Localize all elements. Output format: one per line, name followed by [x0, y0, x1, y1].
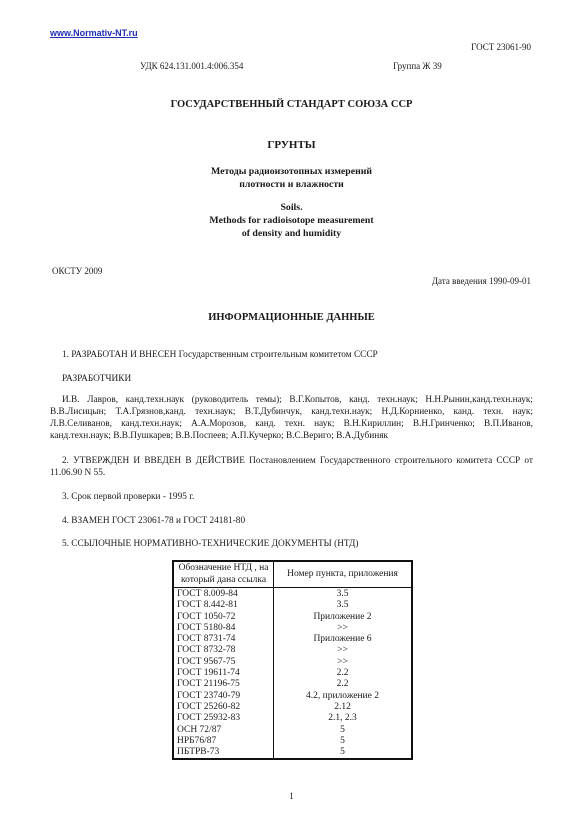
column-header-designation: Обозначение НТД , на который дана ссылка — [173, 561, 274, 588]
info-item-1: 1. РАЗРАБОТАН И ВНЕСЕН Государственным с… — [62, 349, 545, 361]
developers-label: РАЗРАБОТЧИКИ — [62, 373, 545, 385]
site-link[interactable]: www.Normativ-NT.ru — [50, 28, 138, 38]
ntd-designation-cell: ГОСТ 5180-84 — [173, 623, 274, 634]
ntd-reference-table: Обозначение НТД , на который дана ссылка… — [172, 560, 413, 760]
clause-number-cell: >> — [274, 657, 413, 668]
table-row: НРБ76/875 — [173, 736, 412, 747]
column-header-clause: Номер пункта, приложения — [274, 561, 413, 588]
table-row: ГОСТ 9567-75>> — [173, 657, 412, 668]
table-row: ГОСТ 21196-752.2 — [173, 679, 412, 690]
clause-number-cell: 5 — [274, 736, 413, 747]
subtitle-ru-line: плотности и влажности — [0, 178, 583, 191]
developers-list: И.В. Лавров, канд.техн.наук (руководител… — [50, 394, 533, 442]
table-row: ГОСТ 8.009-843.5 — [173, 588, 412, 601]
subtitle-english: Soils. Methods for radioisotope measurem… — [0, 201, 583, 240]
info-item-3: 3. Срок первой проверки - 1995 г. — [62, 491, 545, 503]
gost-number: ГОСТ 23061-90 — [471, 42, 531, 52]
clause-number-cell: 3.5 — [274, 600, 413, 611]
okstu-code: ОКСТУ 2009 — [52, 266, 102, 276]
table-row: ГОСТ 23740-794.2, приложение 2 — [173, 691, 412, 702]
table-row: ОСН 72/875 — [173, 725, 412, 736]
ntd-designation-cell: ГОСТ 8731-74 — [173, 634, 274, 645]
ntd-designation-cell: ОСН 72/87 — [173, 725, 274, 736]
subtitle-ru-line: Методы радиоизотопных измерений — [0, 165, 583, 178]
clause-number-cell: 5 — [274, 747, 413, 759]
ntd-designation-cell: ГОСТ 25260-82 — [173, 702, 274, 713]
ntd-designation-cell: ГОСТ 21196-75 — [173, 679, 274, 690]
document-title: ГРУНТЫ — [0, 139, 583, 151]
ntd-designation-cell: ГОСТ 8732-78 — [173, 645, 274, 656]
clause-number-cell: 5 — [274, 725, 413, 736]
ntd-designation-cell: ГОСТ 8.442-81 — [173, 600, 274, 611]
table-row: ГОСТ 25260-822.12 — [173, 702, 412, 713]
ntd-designation-cell: ГОСТ 1050-72 — [173, 612, 274, 623]
clause-number-cell: 2.2 — [274, 668, 413, 679]
table-row: ГОСТ 8.442-813.5 — [173, 600, 412, 611]
date-introduced: Дата введения 1990-09-01 — [432, 276, 531, 286]
clause-number-cell: 2.12 — [274, 702, 413, 713]
table-row: ГОСТ 19611-742.2 — [173, 668, 412, 679]
table-row: ГОСТ 8732-78>> — [173, 645, 412, 656]
clause-number-cell: 3.5 — [274, 588, 413, 601]
udk-code: УДК 624.131.001.4:006.354 — [140, 61, 243, 71]
clause-number-cell: Приложение 2 — [274, 612, 413, 623]
ntd-designation-cell: ГОСТ 9567-75 — [173, 657, 274, 668]
table-row: ГОСТ 8731-74Приложение 6 — [173, 634, 412, 645]
info-heading: ИНФОРМАЦИОННЫЕ ДАННЫЕ — [0, 312, 583, 323]
clause-number-cell: Приложение 6 — [274, 634, 413, 645]
table-row: ГОСТ 5180-84>> — [173, 623, 412, 634]
clause-number-cell: 2.2 — [274, 679, 413, 690]
table-header-row: Обозначение НТД , на который дана ссылка… — [173, 561, 412, 588]
subtitle-russian: Методы радиоизотопных измерений плотност… — [0, 165, 583, 191]
subtitle-en-line: of density and humidity — [0, 227, 583, 240]
clause-number-cell: >> — [274, 623, 413, 634]
clause-number-cell: >> — [274, 645, 413, 656]
clause-number-cell: 4.2, приложение 2 — [274, 691, 413, 702]
clause-number-cell: 2.1, 2.3 — [274, 713, 413, 724]
ntd-designation-cell: НРБ76/87 — [173, 736, 274, 747]
table-row: ГОСТ 1050-72Приложение 2 — [173, 612, 412, 623]
ntd-designation-cell: ГОСТ 25932-83 — [173, 713, 274, 724]
ntd-designation-cell: ГОСТ 19611-74 — [173, 668, 274, 679]
page-number: 1 — [0, 791, 583, 801]
subtitle-en-line: Soils. — [0, 201, 583, 214]
ntd-designation-cell: ПБТРВ-73 — [173, 747, 274, 759]
table-row: ГОСТ 25932-832.1, 2.3 — [173, 713, 412, 724]
ntd-designation-cell: ГОСТ 23740-79 — [173, 691, 274, 702]
state-standard-heading: ГОСУДАРСТВЕННЫЙ СТАНДАРТ СОЮЗА ССР — [0, 99, 583, 110]
table-row: ПБТРВ-735 — [173, 747, 412, 759]
info-item-2: 2. УТВЕРЖДЕН И ВВЕДЕН В ДЕЙСТВИЕ Постано… — [50, 455, 533, 479]
ntd-designation-cell: ГОСТ 8.009-84 — [173, 588, 274, 601]
info-item-4: 4. ВЗАМЕН ГОСТ 23061-78 и ГОСТ 24181-80 — [62, 515, 545, 527]
info-item-5: 5. ССЫЛОЧНЫЕ НОРМАТИВНО-ТЕХНИЧЕСКИЕ ДОКУ… — [62, 538, 545, 550]
group-code: Группа Ж 39 — [393, 61, 442, 71]
subtitle-en-line: Methods for radioisotope measurement — [0, 214, 583, 227]
